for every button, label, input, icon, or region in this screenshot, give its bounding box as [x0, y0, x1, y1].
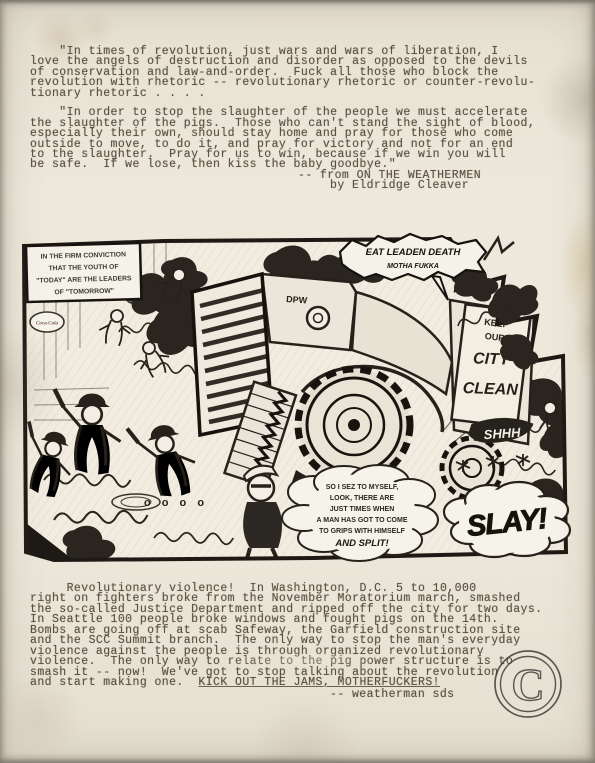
cola-sign: Coca-Cola [30, 312, 64, 332]
truck-label: DPW [286, 294, 308, 305]
svg-text:Coca-Cola: Coca-Cola [36, 322, 58, 327]
scanned-flyer-page: "In times of revolution, just wars and w… [0, 0, 595, 763]
bubble-trail: o o o o [144, 497, 208, 509]
quote-attribution-author: by Eldridge Cleaver [330, 181, 580, 191]
scan-edge-bottom [0, 758, 595, 763]
copyright-watermark: C [492, 648, 564, 720]
thought-line: A MAN HAS GOT TO COME [317, 517, 408, 524]
watermark-letter: C [511, 659, 544, 710]
cleaver-quote-block: "In times of revolution, just wars and w… [30, 47, 580, 192]
kick-out-the-jams-slogan: KICK OUT THE JAMS, MOTHERFUCKERS! [198, 676, 440, 689]
sign-word: CLEAN [462, 380, 518, 399]
balloon-text: MOTHA FUKKA [387, 263, 439, 270]
thought-line: JUST TIMES WHEN [330, 506, 395, 513]
thought-line: LOOK, THERE ARE [330, 495, 395, 502]
balloon-text: EAT LEADEN DEATH [366, 247, 462, 258]
thought-line: TO GRIPS WITH HIMSELF [319, 528, 406, 535]
cleaver-quote-paragraph-2: "In order to stop the slaughter of the p… [30, 108, 580, 192]
thought-line: SO I SEZ TO MYSELF, [326, 484, 399, 491]
svg-text:SHHH: SHHH [483, 425, 521, 443]
scan-edge-top [0, 0, 595, 4]
comic-illustration: DPW [14, 230, 584, 582]
final-line-start: and start making one. [30, 676, 198, 689]
caption-box: IN THE FIRM CONVICTION THAT THE YOUTH OF… [26, 243, 141, 302]
typed-line: tionary rhetoric . . . . [30, 89, 580, 99]
truck-wheel [298, 369, 410, 481]
thought-line-emphasis: AND SPLIT! [334, 538, 388, 549]
